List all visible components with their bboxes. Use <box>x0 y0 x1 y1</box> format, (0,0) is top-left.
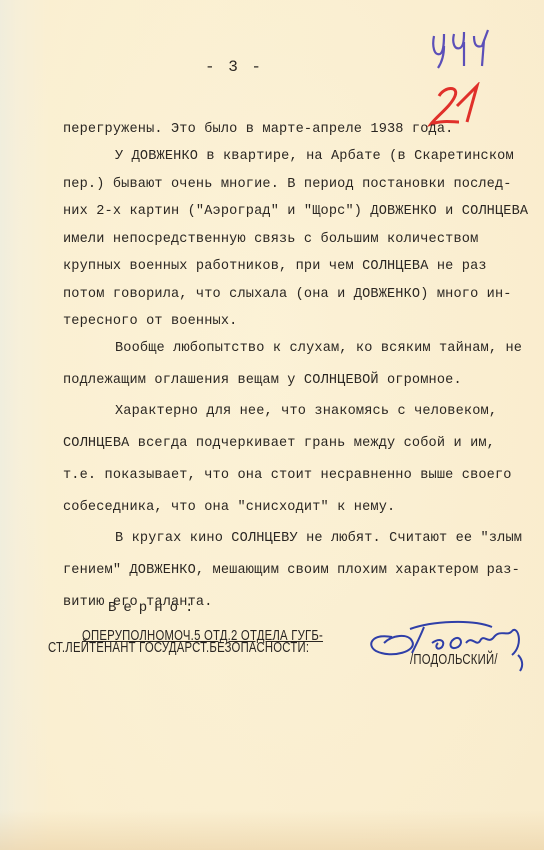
body-line: Характерно для нее, что знакомясь с чело… <box>115 404 497 419</box>
certification-label: Верно: <box>108 600 200 616</box>
body-line: потом говорила, что слыхала (она и ДОВЖЕ… <box>63 287 512 302</box>
handwritten-signature <box>362 615 532 675</box>
page-number: - 3 - <box>205 58 263 76</box>
body-line: В кругах кино СОЛНЦЕВУ не любят. Считают… <box>115 531 522 546</box>
body-line: имели непосредственную связь с большим к… <box>63 232 478 247</box>
body-line: гением" ДОВЖЕНКО, мешающим своим плохим … <box>63 563 520 578</box>
signer-rank: СТ.ЛЕЙТЕНАНТ ГОСУДАРСТ.БЕЗОПАСНОСТИ: <box>48 640 309 656</box>
body-line: них 2-х картин ("Аэроград" и "Щорс") ДОВ… <box>63 204 528 219</box>
handwritten-archive-number <box>428 26 508 70</box>
document-page: - 3 - перегружены. Это было в марте-апре… <box>0 0 544 850</box>
body-line: собеседника, что она "снисходит" к нему. <box>63 500 395 515</box>
body-line: тересного от военных. <box>63 314 237 329</box>
body-line: крупных военных работников, при чем СОЛН… <box>63 259 487 274</box>
body-line: У ДОВЖЕНКО в квартире, на Арбате (в Скар… <box>115 149 514 164</box>
body-line: пер.) бывают очень многие. В период пост… <box>63 177 512 192</box>
body-line: т.е. показывает, что она стоит несравнен… <box>63 468 512 483</box>
body-line: Вообще любопытство к слухам, ко всяким т… <box>115 341 522 356</box>
body-line: перегружены. Это было в марте-апреле 193… <box>63 122 453 137</box>
body-line: СОЛНЦЕВА всегда подчеркивает грань между… <box>63 436 495 451</box>
body-line: подлежащим оглашения вещам у СОЛНЦЕВОЙ о… <box>63 373 462 388</box>
